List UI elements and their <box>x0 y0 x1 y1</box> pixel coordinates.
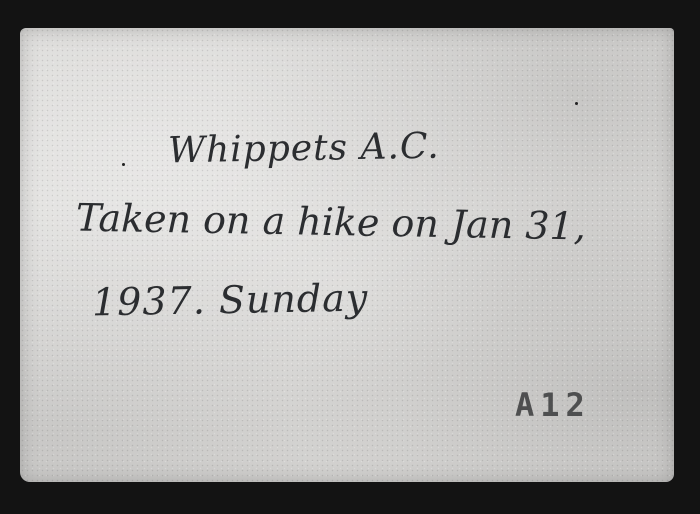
inscription-line-date: 1937. Sunday <box>92 276 369 325</box>
inscription-line-club: Whippets A.C. <box>168 126 440 172</box>
photo-stage: Whippets A.C. Taken on a hike on Jan 31,… <box>0 0 700 514</box>
ink-speck <box>122 163 125 166</box>
ink-speck <box>575 102 578 105</box>
photo-card-back: Whippets A.C. Taken on a hike on Jan 31,… <box>20 28 674 482</box>
catalog-stamp: A12 <box>515 386 591 424</box>
inscription-line-event: Taken on a hike on Jan 31, <box>76 196 587 249</box>
